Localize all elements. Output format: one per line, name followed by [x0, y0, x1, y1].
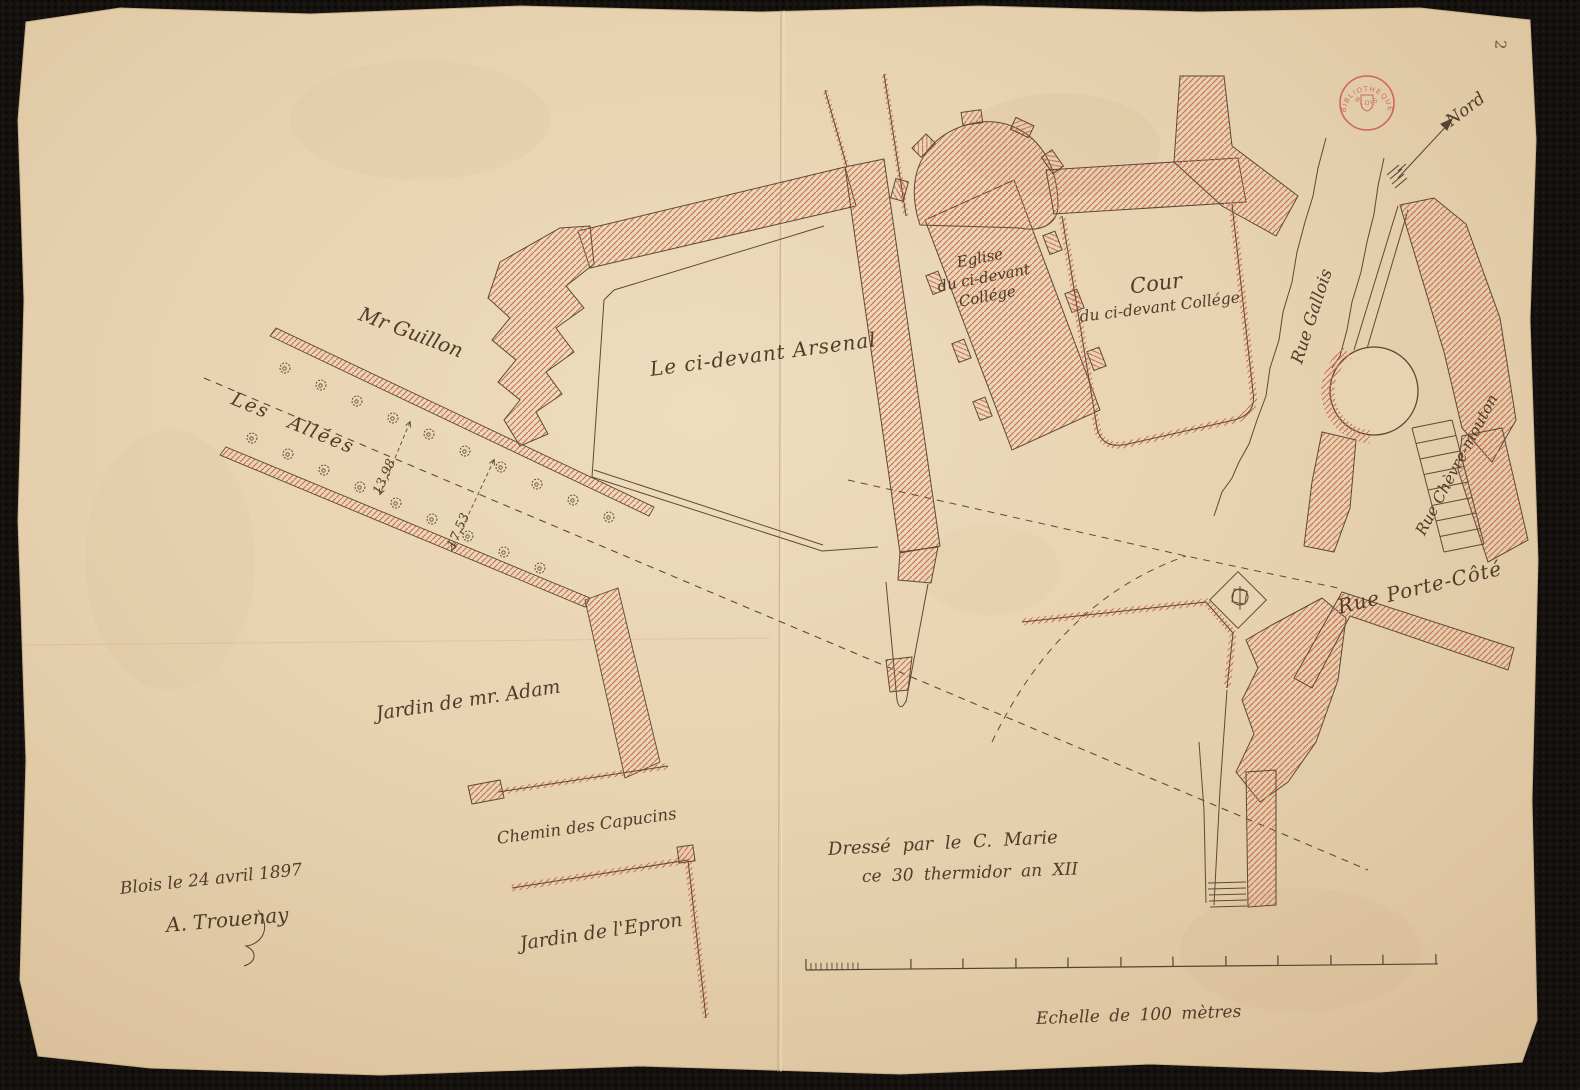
paper-stain — [85, 430, 255, 690]
scanned-map-page: BIBLIOTHEQUE BLOIS Mr Guillon Les Allées… — [0, 0, 1580, 1090]
paper-stain — [920, 525, 1060, 615]
folio-number: 2 — [1489, 39, 1509, 50]
spur-lower-band — [886, 657, 912, 692]
epron-corner-block — [677, 845, 695, 863]
paper-stain — [290, 60, 550, 180]
spur-neck — [898, 547, 938, 583]
church-buttress — [961, 110, 983, 126]
wall-east-of-stairs — [1246, 770, 1276, 907]
